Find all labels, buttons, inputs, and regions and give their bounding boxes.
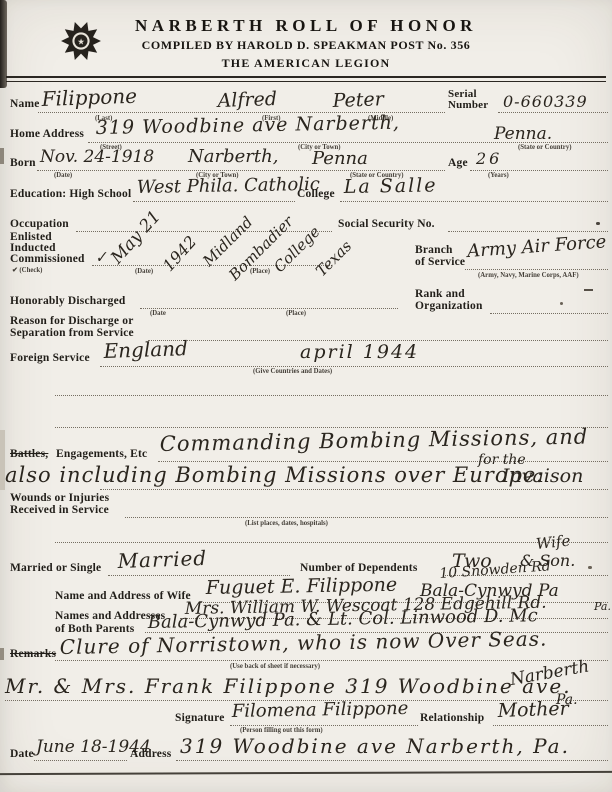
name-first-value: Alfred: [217, 88, 277, 112]
date-sublabel: (Date: [150, 310, 166, 317]
parents-line1-state-value: Pa.: [594, 600, 611, 613]
dotted-line: [340, 201, 608, 202]
home-address-state-value: Penna.: [494, 124, 552, 144]
honorably-discharged-label: Honorably Discharged: [10, 295, 126, 307]
reason-for-discharge-label: Reason for Discharge or: [10, 315, 134, 327]
dotted-line: [465, 269, 608, 270]
scan-speck: [596, 222, 600, 225]
signature-sublabel: (Person filling out this form): [240, 727, 323, 734]
date-label: Date: [10, 748, 34, 760]
signature-value: Filomena Filippone: [232, 698, 409, 722]
form-organization: THE AMERICAN LEGION: [0, 56, 612, 71]
dotted-line: [55, 660, 608, 661]
born-label: Born: [10, 157, 36, 169]
dotted-line: [230, 725, 418, 726]
college-label: College: [297, 188, 335, 200]
scan-speck: [588, 566, 592, 569]
service-date-value: 1942: [159, 232, 200, 275]
age-value: 26: [476, 149, 502, 168]
state-sublabel: (State or Country): [518, 144, 572, 151]
place-sublabel: (Place): [250, 268, 270, 275]
born-date-value: Nov. 24-1918: [40, 147, 154, 167]
bottom-rule: [0, 771, 612, 775]
name-last-value: Filippone: [41, 84, 137, 111]
reason-for-discharge-label: Separation from Service: [10, 327, 134, 339]
address-value: 319 Woodbine ave Narberth, Pa.: [180, 734, 570, 758]
home-address-label: Home Address: [10, 128, 84, 140]
dotted-line: [176, 760, 608, 761]
dotted-line: [34, 760, 127, 761]
years-sublabel: (Years): [488, 172, 509, 179]
form-title: NARBERTH ROLL OF HONOR: [0, 16, 612, 36]
scan-speck: [560, 302, 563, 305]
place-sublabel: (Place): [286, 310, 306, 317]
age-label: Age: [448, 157, 468, 169]
remarks-label-struck: Remarks: [10, 648, 56, 660]
check-sublabel: ✔ (Check): [12, 266, 42, 274]
college-value: La Salle: [344, 174, 438, 198]
dependents-above-value: Wife: [535, 532, 571, 553]
battles-label-struck: Battles,: [10, 448, 48, 460]
dotted-line: [100, 489, 608, 490]
dotted-line: [125, 517, 608, 518]
born-state-value: Penna: [312, 148, 368, 169]
relationship-label: Relationship: [420, 712, 484, 724]
branch-of-service-label: of Service: [415, 256, 465, 268]
dotted-line: [55, 395, 608, 396]
wounds-label: Received in Service: [10, 504, 109, 516]
relationship-value: Mother: [497, 698, 569, 722]
date-sublabel: (Date): [54, 172, 72, 179]
dotted-line: [158, 461, 608, 462]
remarks-line2-value: Mr. & Mrs. Frank Filippone 319 Woodbine …: [5, 674, 572, 698]
name-middle-value: Peter: [332, 88, 384, 112]
battles-line2-value: also including Bombing Missions over Eur…: [5, 463, 544, 487]
signature-label: Signature: [175, 712, 225, 724]
dotted-line: [493, 725, 608, 726]
branch-of-service-value: Army Air Force: [467, 231, 607, 262]
home-address-value: 319 Woodbine ave Narberth,: [96, 112, 400, 139]
rank-organization-label: Rank and: [415, 288, 465, 300]
rank-organization-label: Organization: [415, 300, 483, 312]
number-of-dependents-label: Number of Dependents: [300, 562, 418, 574]
header-rule: [6, 76, 606, 82]
scan-edge-artifact: [0, 648, 4, 660]
serial-number-label: Number: [448, 99, 488, 111]
remarks-sublabel: (Use back of sheet if necessary): [230, 663, 320, 670]
foreign-service-country-value: England: [103, 336, 188, 363]
high-school-value: West Phila. Catholic: [137, 174, 320, 198]
dotted-line: [55, 542, 608, 543]
battles-line2-end-value: Invaison: [502, 465, 583, 487]
foreign-service-label: Foreign Service: [10, 352, 90, 364]
foreign-service-date-value: april 1944: [300, 341, 419, 363]
name-label: Name: [10, 98, 40, 110]
dotted-line: [100, 366, 608, 367]
wounds-label: Wounds or Injuries: [10, 492, 109, 504]
occupation-label: Occupation: [10, 218, 69, 230]
dotted-line: [140, 308, 398, 309]
engagements-label: Engagements, Etc: [56, 448, 147, 460]
scanned-form-page: ★ NARBERTH ROLL OF HONOR COMPILED BY HAR…: [0, 0, 612, 792]
dotted-line: [37, 170, 445, 171]
dotted-line: [490, 313, 608, 314]
countries-dates-sublabel: (Give Countries and Dates): [253, 368, 332, 375]
dotted-line: [88, 142, 608, 143]
scan-speck: [584, 289, 593, 291]
dotted-line: [470, 170, 608, 171]
dotted-line: [498, 112, 608, 113]
dotted-line: [76, 231, 332, 232]
social-security-label: Social Security No.: [338, 218, 435, 230]
branch-sublabel: (Army, Navy, Marine Corps, AAF): [478, 272, 579, 279]
dotted-line: [133, 201, 295, 202]
wife-name-address-label: Name and Address of Wife: [55, 590, 191, 602]
form-subtitle: COMPILED BY HAROLD D. SPEAKMAN POST No. …: [0, 38, 612, 53]
service-date-value: May 21: [107, 207, 165, 268]
service-place-value: Texas: [312, 237, 355, 280]
education-label: Education: High School: [10, 188, 131, 200]
married-value: Married: [117, 546, 207, 573]
married-or-single-label: Married or Single: [10, 562, 101, 574]
scan-edge-artifact: [0, 148, 4, 164]
address-label: Address: [130, 748, 171, 760]
serial-number-value: 0-660339: [503, 92, 588, 111]
wounds-sublabel: (List places, dates, hospitals): [245, 520, 328, 527]
date-sublabel: (Date): [135, 268, 153, 275]
born-city-value: Narberth,: [188, 146, 278, 167]
branch-of-service-label: Branch: [415, 244, 453, 256]
commissioned-label: Commissioned: [10, 253, 85, 265]
